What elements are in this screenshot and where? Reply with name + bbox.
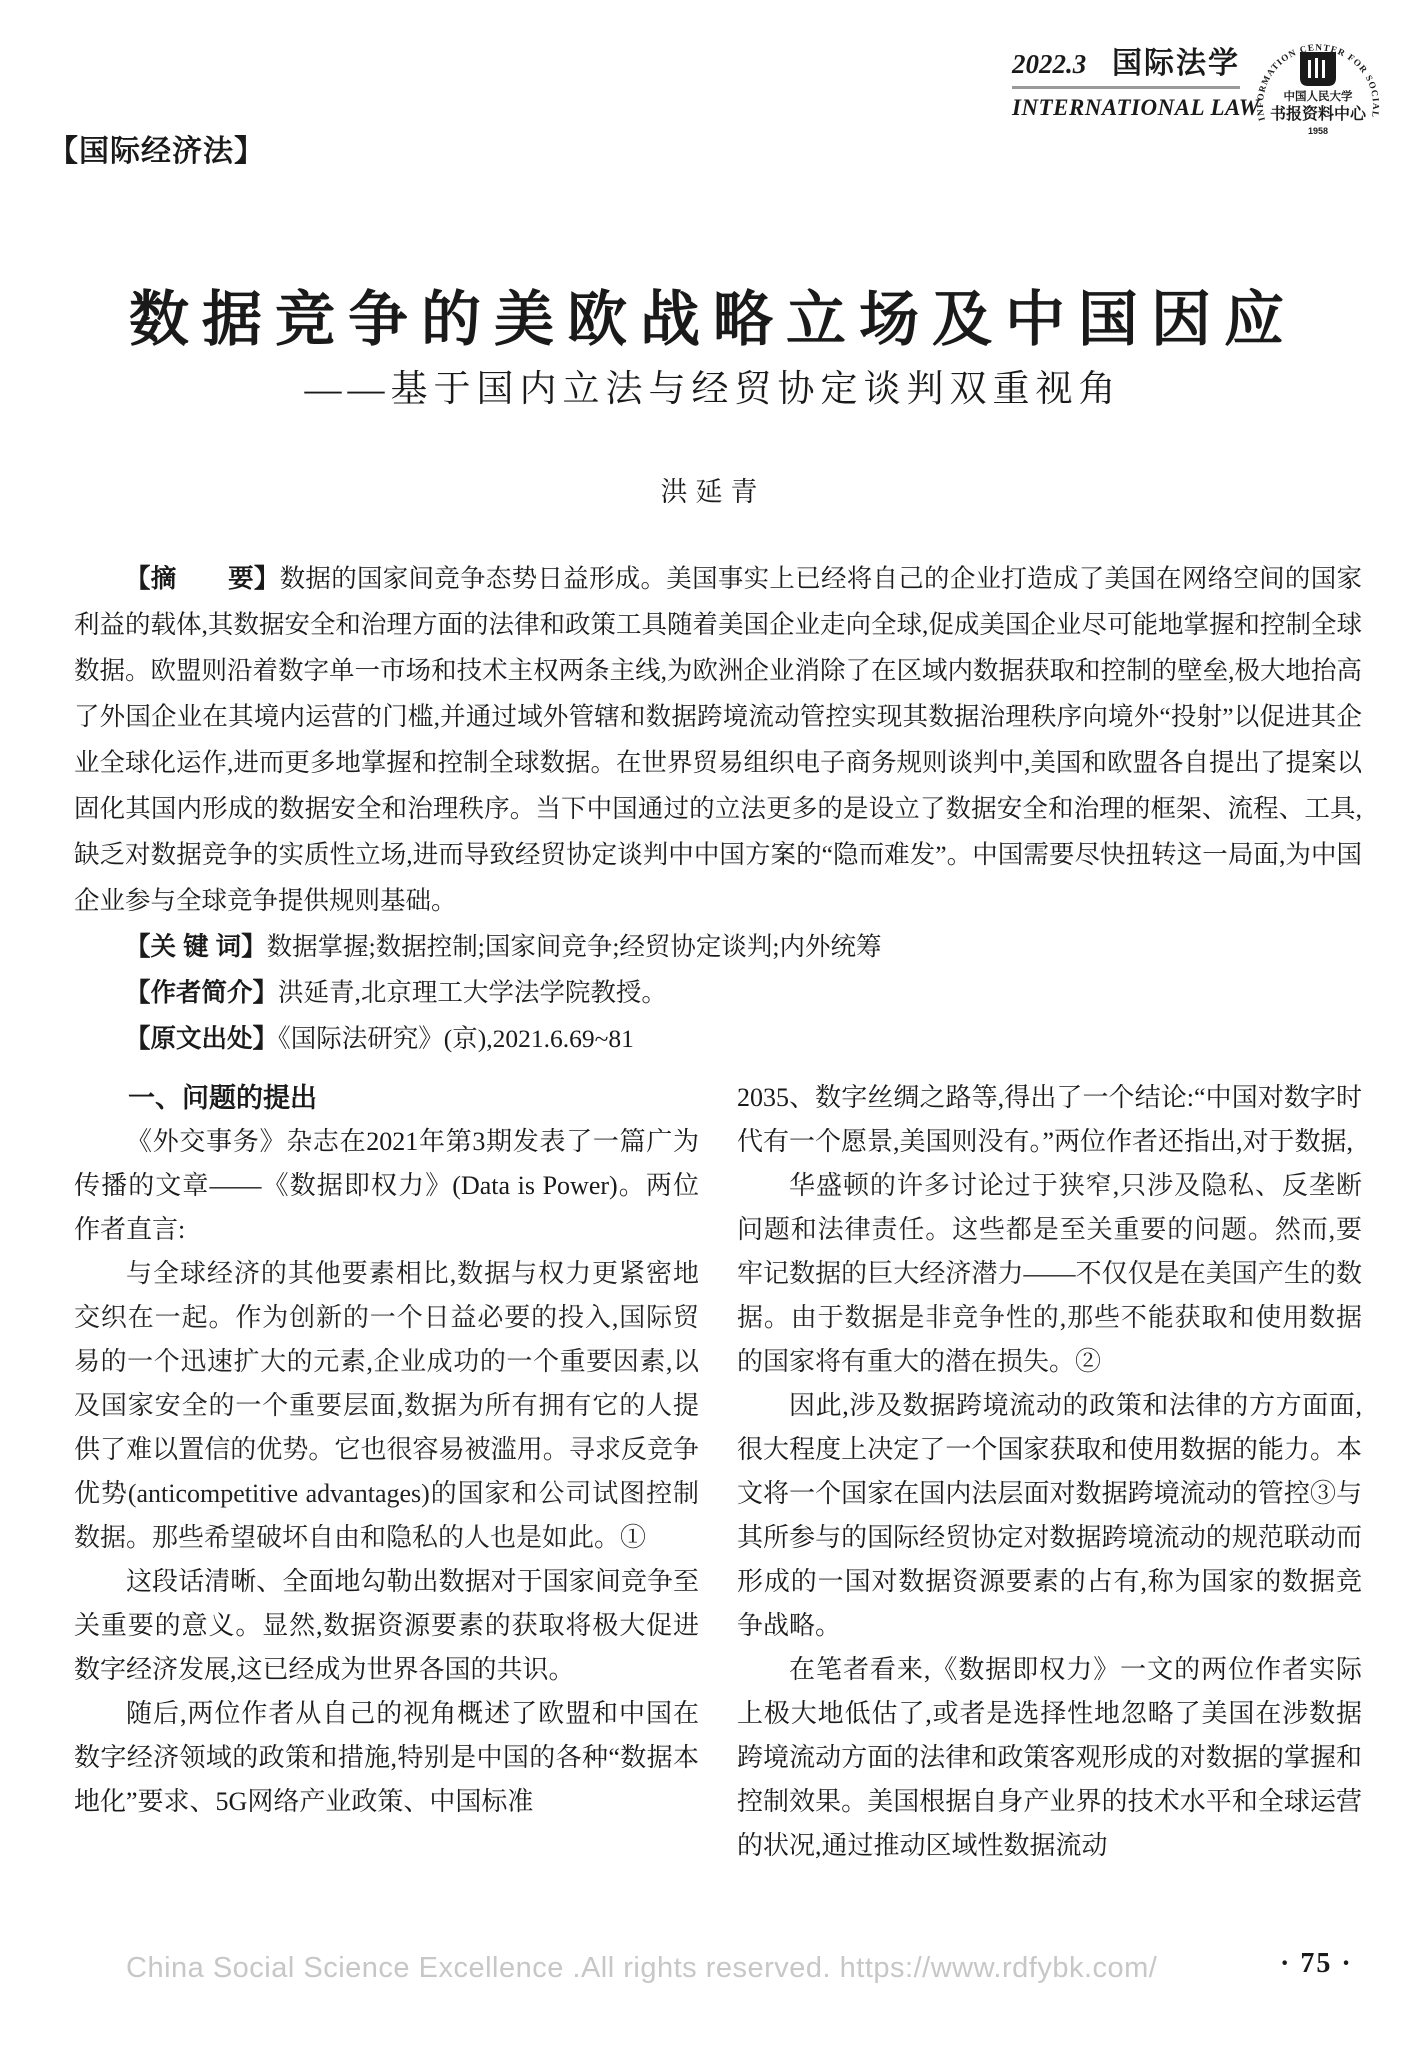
journal-header: 2022.3 国际法学 INTERNATIONAL LAW xyxy=(1012,38,1240,121)
seal-center-name: 书报资料中心 xyxy=(1270,104,1367,123)
abstract-label: 【摘 要】 xyxy=(125,565,280,593)
paragraph: 在笔者看来,《数据即权力》一文的两位作者实际上极大地低估了,或者是选择性地忽略了… xyxy=(737,1648,1362,1868)
article-meta: 【摘 要】数据的国家间竞争态势日益形成。美国事实上已经将自己的企业打造成了美国在… xyxy=(74,556,1362,1062)
keywords: 【关 键 词】数据掌握;数据控制;国家间竞争;经贸协定谈判;内外统筹 xyxy=(74,924,1362,970)
paragraph: 因此,涉及数据跨境流动的政策和法律的方方面面,很大程度上决定了一个国家获取和使用… xyxy=(737,1384,1362,1648)
journal-seal: INFORMATION CENTER FOR SOCIAL SCIENCES, … xyxy=(1252,20,1384,152)
abstract-text: 数据的国家间竞争态势日益形成。美国事实上已经将自己的企业打造成了美国在网络空间的… xyxy=(74,564,1362,915)
issue-number: 2022.3 xyxy=(1012,49,1086,80)
block-quote: 与全球经济的其他要素相比,数据与权力更紧密地交织在一起。作为创新的一个日益必要的… xyxy=(74,1252,699,1560)
seal-org-text: 中国人民大学 xyxy=(1284,89,1353,103)
author-name: 洪延青 xyxy=(0,470,1426,509)
source-text: 《国际法研究》(京),2021.6.69~81 xyxy=(278,1024,634,1053)
journal-title-cn: 国际法学 xyxy=(1112,38,1240,82)
source-label: 【原文出处】 xyxy=(125,1025,278,1053)
page-number: · 75 · xyxy=(1280,1948,1353,1980)
seal-emblem-icon xyxy=(1300,52,1336,86)
copyright-watermark: China Social Science Excellence .All rig… xyxy=(126,1952,1157,1985)
abstract: 【摘 要】数据的国家间竞争态势日益形成。美国事实上已经将自己的企业打造成了美国在… xyxy=(74,556,1362,924)
article-subtitle: ——基于国内立法与经贸协定谈判双重视角 xyxy=(0,358,1426,412)
journal-page: 2022.3 国际法学 INTERNATIONAL LAW INFORMATIO… xyxy=(0,0,1426,2056)
block-quote: 华盛顿的许多讨论过于狭窄,只涉及隐私、反垄断问题和法律责任。这些都是至关重要的问… xyxy=(737,1164,1362,1384)
author-bio: 【作者简介】洪延青,北京理工大学法学院教授。 xyxy=(74,970,1362,1016)
body-left-column: 一、问题的提出 《外交事务》杂志在2021年第3期发表了一篇广为传播的文章——《… xyxy=(74,1076,699,1868)
source: 【原文出处】《国际法研究》(京),2021.6.69~81 xyxy=(74,1016,1362,1062)
keywords-text: 数据掌握;数据控制;国家间竞争;经贸协定谈判;内外统筹 xyxy=(267,932,882,961)
paragraph: 这段话清晰、全面地勾勒出数据对于国家间竞争至关重要的意义。显然,数据资源要素的获… xyxy=(74,1560,699,1692)
article-title: 数据竞争的美欧战略立场及中国因应 xyxy=(0,272,1426,358)
body-right-column: 2035、数字丝绸之路等,得出了一个结论:“中国对数字时代有一个愿景,美国则没有… xyxy=(737,1076,1362,1868)
article-body: 一、问题的提出 《外交事务》杂志在2021年第3期发表了一篇广为传播的文章——《… xyxy=(74,1076,1362,1868)
section-tag: 【国际经济法】 xyxy=(48,126,265,170)
header-divider xyxy=(1012,86,1240,89)
seal-year: 1958 xyxy=(1308,126,1328,136)
section-heading: 一、问题的提出 xyxy=(74,1076,699,1120)
journal-title-en: INTERNATIONAL LAW xyxy=(1012,95,1240,121)
paragraph: 《外交事务》杂志在2021年第3期发表了一篇广为传播的文章——《数据即权力》(D… xyxy=(74,1120,699,1252)
bio-label: 【作者简介】 xyxy=(125,979,278,1007)
bio-text: 洪延青,北京理工大学法学院教授。 xyxy=(278,978,667,1007)
keywords-label: 【关 键 词】 xyxy=(125,933,267,961)
paragraph: 随后,两位作者从自己的视角概述了欧盟和中国在数字经济领域的政策和措施,特别是中国… xyxy=(74,1692,699,1824)
paragraph: 2035、数字丝绸之路等,得出了一个结论:“中国对数字时代有一个愿景,美国则没有… xyxy=(737,1076,1362,1164)
